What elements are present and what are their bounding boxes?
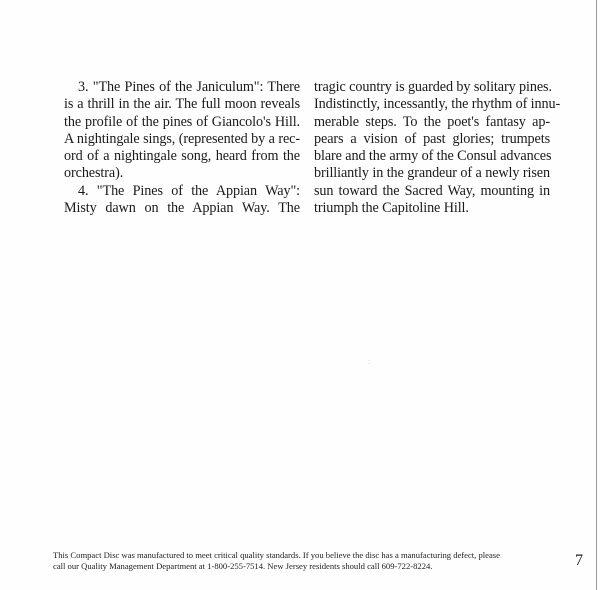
right-text-column: tragic country is guarded by solitary pi…	[314, 79, 550, 217]
text-line: 4. "The Pines of the Appian Way":	[64, 183, 300, 200]
footer-line: call our Quality Management Department a…	[53, 561, 503, 572]
text-line: triumph the Capitoline Hill.	[314, 200, 550, 217]
text-line: blare and the army of the Consul advance…	[314, 148, 550, 165]
text-line: brilliantly in the grandeur of a newly r…	[314, 165, 550, 182]
page-number: 7	[575, 552, 583, 570]
paragraph-pines-of-appian-way: 4. "The Pines of the Appian Way": Misty …	[64, 183, 300, 218]
paragraph-appian-way-continued: tragic country is guarded by solitary pi…	[314, 79, 550, 217]
paragraph-pines-of-janiculum: 3. "The Pines of the Janiculum": There i…	[64, 79, 300, 183]
text-line: 3. "The Pines of the Janiculum": There	[64, 79, 300, 96]
text-line: sun toward the Sacred Way, mounting in	[314, 183, 550, 200]
text-line: A nightingale sings, (represented by a r…	[64, 131, 300, 148]
text-line: tragic country is guarded by solitary pi…	[314, 79, 550, 96]
text-line: Indistinctly, incessantly, the rhythm of…	[314, 96, 550, 113]
quality-notice-footer: This Compact Disc was manufactured to me…	[53, 550, 503, 571]
text-line: the profile of the pines of Giancolo's H…	[64, 114, 300, 131]
page-edge-divider	[596, 0, 597, 590]
text-line: ord of a nightingale song, heard from th…	[64, 148, 300, 165]
footer-line: This Compact Disc was manufactured to me…	[53, 550, 503, 561]
booklet-page: 3. "The Pines of the Janiculum": There i…	[0, 0, 600, 590]
text-line: Misty dawn on the Appian Way. The	[64, 200, 300, 217]
left-text-column: 3. "The Pines of the Janiculum": There i…	[64, 79, 300, 217]
text-line: pears a vision of past glories; trumpets	[314, 131, 550, 148]
stray-print-mark: :	[368, 358, 372, 366]
text-line: is a thrill in the air. The full moon re…	[64, 96, 300, 113]
text-line: orchestra).	[64, 165, 300, 182]
text-line: merable steps. To the poet's fantasy ap-	[314, 114, 550, 131]
